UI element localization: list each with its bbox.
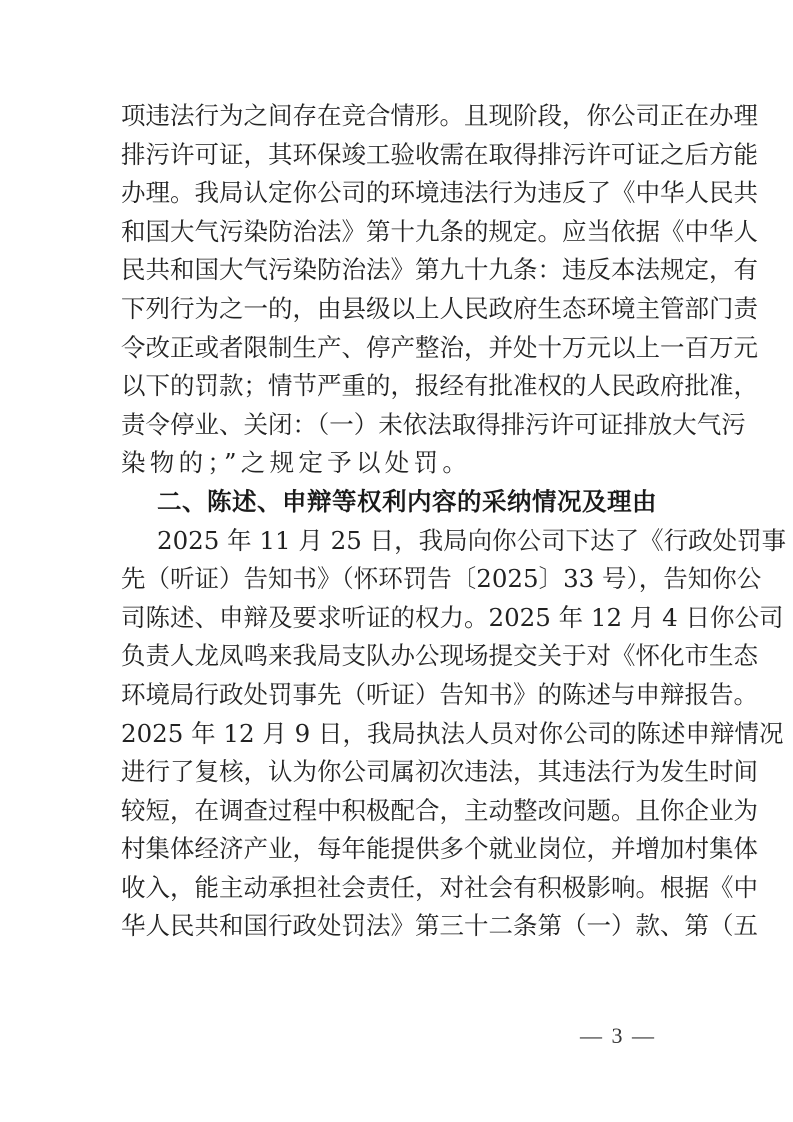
- text-line: 村集体经济产业，每年能提供多个就业岗位，并增加村集体: [121, 830, 677, 869]
- text-line: 负责人龙凤鸣来我局支队办公现场提交关于对《怀化市生态: [121, 637, 677, 676]
- text-line: 较短，在调查过程中积极配合，主动整改问题。且你企业为: [121, 792, 677, 831]
- text-line: 项违法行为之间存在竞合情形。且现阶段，你公司正在办理: [121, 97, 677, 136]
- text-line: 司陈述、申辩及要求听证的权力。2025 年 12 月 4 日你公司: [121, 599, 677, 638]
- text-line: 排污许可证，其环保竣工验收需在取得排污许可证之后方能: [121, 136, 677, 175]
- paragraph-violation-basis: 项违法行为之间存在竞合情形。且现阶段，你公司正在办理 排污许可证，其环保竣工验收…: [121, 97, 677, 483]
- page-number: — 3 —: [580, 1023, 656, 1049]
- text-line: 和国大气污染防治法》第十九条的规定。应当依据《中华人: [121, 213, 677, 252]
- text-line: 进行了复核，认为你公司属初次违法，其违法行为发生时间: [121, 753, 677, 792]
- document-body: 项违法行为之间存在竞合情形。且现阶段，你公司正在办理 排污许可证，其环保竣工验收…: [121, 97, 677, 946]
- text-line: 2025 年 11 月 25 日，我局向你公司下达了《行政处罚事: [121, 522, 677, 561]
- text-line: 下列行为之一的，由县级以上人民政府生态环境主管部门责: [121, 290, 677, 329]
- section-heading: 二、陈述、申辩等权利内容的采纳情况及理由: [121, 483, 677, 522]
- text-line: 收入，能主动承担社会责任，对社会有积极影响。根据《中: [121, 869, 677, 908]
- text-line: 华人民共和国行政处罚法》第三十二条第（一）款、第（五: [121, 907, 677, 946]
- text-line: 办理。我局认定你公司的环境违法行为违反了《中华人民共: [121, 174, 677, 213]
- text-line: 染物的；”之规定予以处罚。: [121, 444, 677, 483]
- document-page: 项违法行为之间存在竞合情形。且现阶段，你公司正在办理 排污许可证，其环保竣工验收…: [0, 0, 793, 1122]
- text-line: 以下的罚款；情节严重的，报经有批准权的人民政府批准，: [121, 367, 677, 406]
- text-line: 环境局行政处罚事先（听证）告知书》的陈述与申辩报告。: [121, 676, 677, 715]
- text-line: 令改正或者限制生产、停产整治，并处十万元以上一百万元: [121, 329, 677, 368]
- text-line: 民共和国大气污染防治法》第九十九条：违反本法规定，有: [121, 251, 677, 290]
- paragraph-statement-defense: 2025 年 11 月 25 日，我局向你公司下达了《行政处罚事 先（听证）告知…: [121, 522, 677, 947]
- text-line: 先（听证）告知书》（怀环罚告〔2025〕33 号），告知你公: [121, 560, 677, 599]
- text-line: 责令停业、关闭：（一）未依法取得排污许可证排放大气污: [121, 406, 677, 445]
- text-line: 2025 年 12 月 9 日，我局执法人员对你公司的陈述申辩情况: [121, 715, 677, 754]
